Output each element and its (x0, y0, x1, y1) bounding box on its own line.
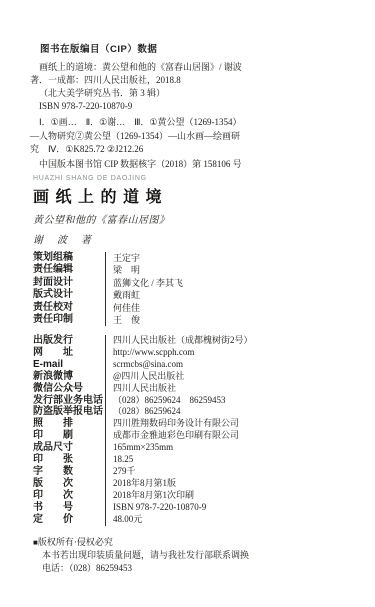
row-label: 新浪微博 (33, 371, 105, 383)
phone-number: （028）86259624 (105, 406, 181, 418)
cip-classification: Ⅰ．①画… Ⅱ．①谢… Ⅲ．①黄公望（1269-1354） —人物研究②黄公望（… (30, 116, 340, 157)
table-row: 策划组稿 王定宇 (33, 252, 363, 264)
row-value: 18.25 (105, 454, 133, 466)
colophon-page: 图书在版编目（CIP）数据 画纸上的道境：黄公望和他的《富春山居图》/ 谢波 著… (0, 0, 375, 607)
row-label: 印 张 (33, 454, 105, 466)
row-value: 成都市金雅迪彩色印刷有限公司 (105, 430, 239, 442)
row-label: 责任编辑 (33, 264, 105, 276)
table-row: 责任编辑 梁 明 (33, 264, 363, 276)
row-label: 责任校对 (33, 302, 105, 314)
staff-credits-table: 策划组稿 王定宇 责任编辑 梁 明 封面设计 蓝狮文化 / 李其飞 版式设计 戴… (33, 252, 363, 326)
copyright-phone: 电话：（028）86259453 (33, 562, 353, 574)
table-row: 书 号 ISBN 978-7-220-10870-9 (33, 502, 363, 514)
copyright-heading: ■版权所有·侵权必究 (33, 536, 353, 549)
row-value: 王定宇 (105, 252, 140, 264)
row-value: 戴雨虹 (105, 289, 140, 301)
table-row: 照 排 四川胜翔数码印务设计有限公司 (33, 418, 363, 430)
row-label: 印 次 (33, 490, 105, 502)
cip-class-line: 究 Ⅳ．①K825.72 ②J212.26 (30, 143, 340, 157)
table-row: 新浪微博 @四川人民出版社 (33, 371, 363, 383)
row-label: 印 刷 (33, 430, 105, 442)
table-row: 责任印制 王 俊 (33, 314, 363, 326)
cip-description: 画纸上的道境：黄公望和他的《富春山居图》/ 谢波 著．一成都：四川人民出版社，2… (30, 61, 340, 113)
cip-header: 图书在版编目（CIP）数据 (40, 41, 157, 55)
row-label: 封面设计 (33, 277, 105, 289)
row-value: 何佳佳 (105, 302, 140, 314)
copyright-heading-text: 版权所有·侵权必究 (38, 537, 113, 547)
email-address: scrmcbs@sina.com (105, 359, 183, 371)
table-row: 印 张 18.25 (33, 454, 363, 466)
book-author: 谢 波 著 (33, 231, 93, 246)
website-url: http://www.scpph.com (105, 347, 194, 359)
table-row: E-mail scrmcbs@sina.com (33, 359, 363, 371)
book-title: 画纸上的道境 (33, 184, 168, 207)
cip-record-number: 中国版本图书馆 CIP 数据核字（2018）第 158106 号 (39, 157, 242, 170)
table-row: 责任校对 何佳佳 (33, 302, 363, 314)
table-row: 版 次 2018年8月第1版 (33, 478, 363, 490)
row-value: 2018年8月第1次印刷 (105, 490, 194, 502)
isbn-value: ISBN 978-7-220-10870-9 (105, 502, 206, 514)
phone-number: （028）86259624 86259453 (105, 395, 226, 407)
row-value: 四川人民出版社（成都槐树街2号） (105, 335, 253, 347)
row-value: 王 俊 (105, 314, 140, 326)
publishing-info-table: 出版发行 四川人民出版社（成都槐树街2号） 网 址 http://www.scp… (33, 335, 363, 526)
row-value: 279千 (105, 466, 136, 478)
row-value: 梁 明 (105, 264, 140, 276)
row-label: 书 号 (33, 502, 105, 514)
cip-class-line: Ⅰ．①画… Ⅱ．①谢… Ⅲ．①黄公望（1269-1354） (30, 116, 340, 130)
row-label: 责任印制 (33, 314, 105, 326)
row-label: 版式设计 (33, 289, 105, 301)
cip-class-line: —人物研究②黄公望（1269-1354）—山水画—绘画研 (30, 130, 340, 144)
row-label: 成品尺寸 (33, 442, 105, 454)
row-value: @四川人民出版社 (105, 371, 184, 383)
copyright-notice: ■版权所有·侵权必究 本书若出现印装质量问题，请与我社发行部联系调换 电话：（0… (33, 536, 353, 574)
table-row: 防盗版举报电话 （028）86259624 (33, 406, 363, 418)
row-label: 微信公众号 (33, 383, 105, 395)
table-row: 字 数 279千 (33, 466, 363, 478)
cip-isbn-line: ISBN 978-7-220-10870-9 (30, 100, 340, 113)
row-label: 出版发行 (33, 335, 105, 347)
table-row: 网 址 http://www.scpph.com (33, 347, 363, 359)
title-pinyin: HUAZHI SHANG DE DAOJING (33, 175, 147, 182)
row-value: 165mm×235mm (105, 442, 173, 454)
table-row: 定 价 48.00元 (33, 514, 363, 526)
table-row: 成品尺寸 165mm×235mm (33, 442, 363, 454)
row-label: 网 址 (33, 347, 105, 359)
row-value: 四川人民出版社 (105, 383, 176, 395)
table-row: 出版发行 四川人民出版社（成都槐树街2号） (33, 335, 363, 347)
table-row: 发行部业务电话 （028）86259624 86259453 (33, 395, 363, 407)
row-value: 四川胜翔数码印务设计有限公司 (105, 418, 239, 430)
table-row: 印 刷 成都市金雅迪彩色印刷有限公司 (33, 430, 363, 442)
row-label: 照 排 (33, 418, 105, 430)
row-label: E-mail (33, 359, 105, 371)
row-value: 2018年8月第1版 (105, 478, 176, 490)
price-value: 48.00元 (105, 514, 142, 526)
row-value: 蓝狮文化 / 李其飞 (105, 277, 183, 289)
row-label: 策划组稿 (33, 252, 105, 264)
copyright-line: 本书若出现印装质量问题，请与我社发行部联系调换 (33, 549, 353, 561)
cip-line: 画纸上的道境：黄公望和他的《富春山居图》/ 谢波 (30, 61, 340, 74)
row-label: 字 数 (33, 466, 105, 478)
book-subtitle: 黄公望和他的《富春山居图》 (33, 211, 170, 226)
cip-series-line: （北大美学研究丛书．第 3 辑） (30, 87, 340, 100)
row-label: 防盗版举报电话 (33, 406, 105, 418)
row-label: 版 次 (33, 478, 105, 490)
row-label: 发行部业务电话 (33, 395, 105, 407)
table-row: 微信公众号 四川人民出版社 (33, 383, 363, 395)
cip-line: 著．一成都：四川人民出版社，2018.8 (30, 74, 340, 87)
row-label: 定 价 (33, 514, 105, 526)
table-row: 封面设计 蓝狮文化 / 李其飞 (33, 277, 363, 289)
table-row: 版式设计 戴雨虹 (33, 289, 363, 301)
table-row: 印 次 2018年8月第1次印刷 (33, 490, 363, 502)
